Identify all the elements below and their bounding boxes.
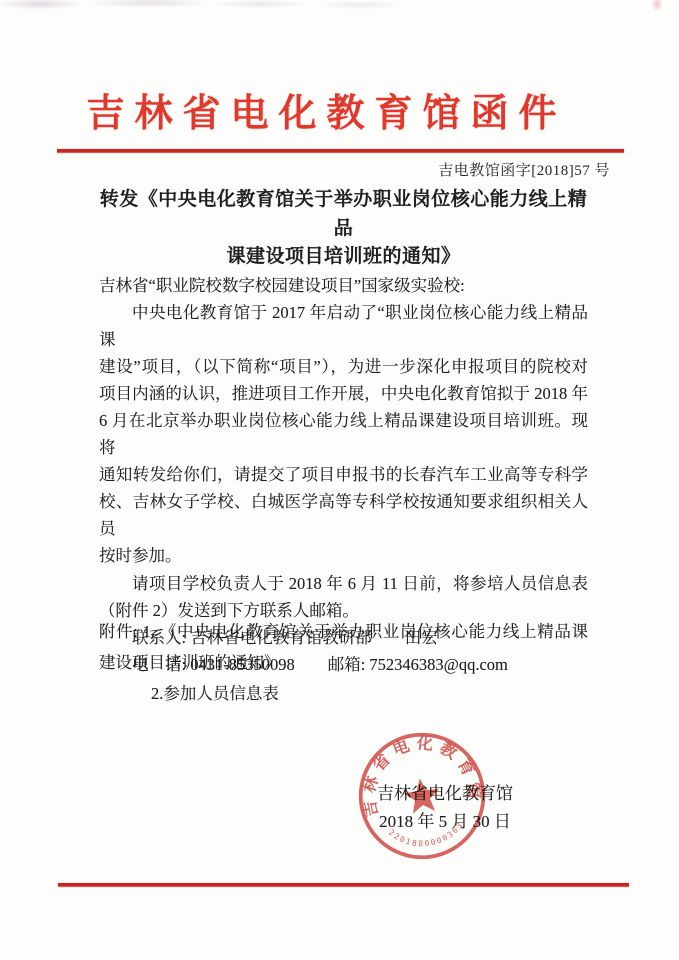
footer-rule xyxy=(58,883,629,887)
attachment-line-1: 附件: 1. 《中央电化教育馆关于举办职业岗位核心能力线上精品课 xyxy=(99,616,588,647)
scan-smudge-artifact xyxy=(0,0,470,16)
body-line: 建设”项目，（以下简称“项目”），为进一步深化申报项目的院校对 xyxy=(99,353,588,380)
body-line: 中央电化教育馆于 2017 年启动了“职业岗位核心能力线上精品课 xyxy=(99,299,588,353)
letterhead-title: 吉林省电化教育馆函件 xyxy=(0,82,661,137)
subject-line-1: 转发《中央电化教育馆关于举办职业岗位核心能力线上精品 xyxy=(99,186,588,243)
attachment-line-2: 建设项目培训班的通知》 xyxy=(99,647,588,678)
attachments-block: 附件: 1. 《中央电化教育馆关于举办职业岗位核心能力线上精品课 建设项目培训班… xyxy=(99,616,588,709)
document-number: 吉电教馆函字[2018]57 号 xyxy=(438,159,610,180)
body-line: 通知转发给你们，请提交了项目申报书的长春汽车工业高等专科学 xyxy=(99,461,588,488)
body-line: 校、吉林女子学校、白城医学高等专科学校按通知要求组织相关人员 xyxy=(99,488,588,542)
official-seal-stamp: 吉林省电化教育馆 2201880000363 xyxy=(348,722,495,869)
scanned-letter-page: 吉林省电化教育馆函件 吉电教馆函字[2018]57 号 转发《中央电化教育馆关于… xyxy=(0,0,679,960)
body-line: 按时参加。 xyxy=(99,542,588,569)
salutation: 吉林省“职业院校数字校园建设项目”国家级实验校: xyxy=(99,272,588,299)
body-line: 6 月在北京举办职业岗位核心能力线上精品课建设项目培训班。现将 xyxy=(99,407,588,461)
scan-pink-mark xyxy=(652,0,662,14)
letter-body: 转发《中央电化教育馆关于举办职业岗位核心能力线上精品 课建设项目培训班的通知》 … xyxy=(99,186,588,678)
attachment-line-3: 2.参加人员信息表 xyxy=(99,678,588,709)
body-line: 项目内涵的认识，推进项目工作开展，中央电化教育馆拟于 2018 年 xyxy=(99,380,588,407)
seal-star-icon xyxy=(402,776,442,814)
body-line: 请项目学校负责人于 2018 年 6 月 11 日前，将参培人员信息表 xyxy=(99,570,588,597)
subject-line-2: 课建设项目培训班的通知》 xyxy=(99,243,588,272)
letterhead-rule xyxy=(57,149,624,153)
